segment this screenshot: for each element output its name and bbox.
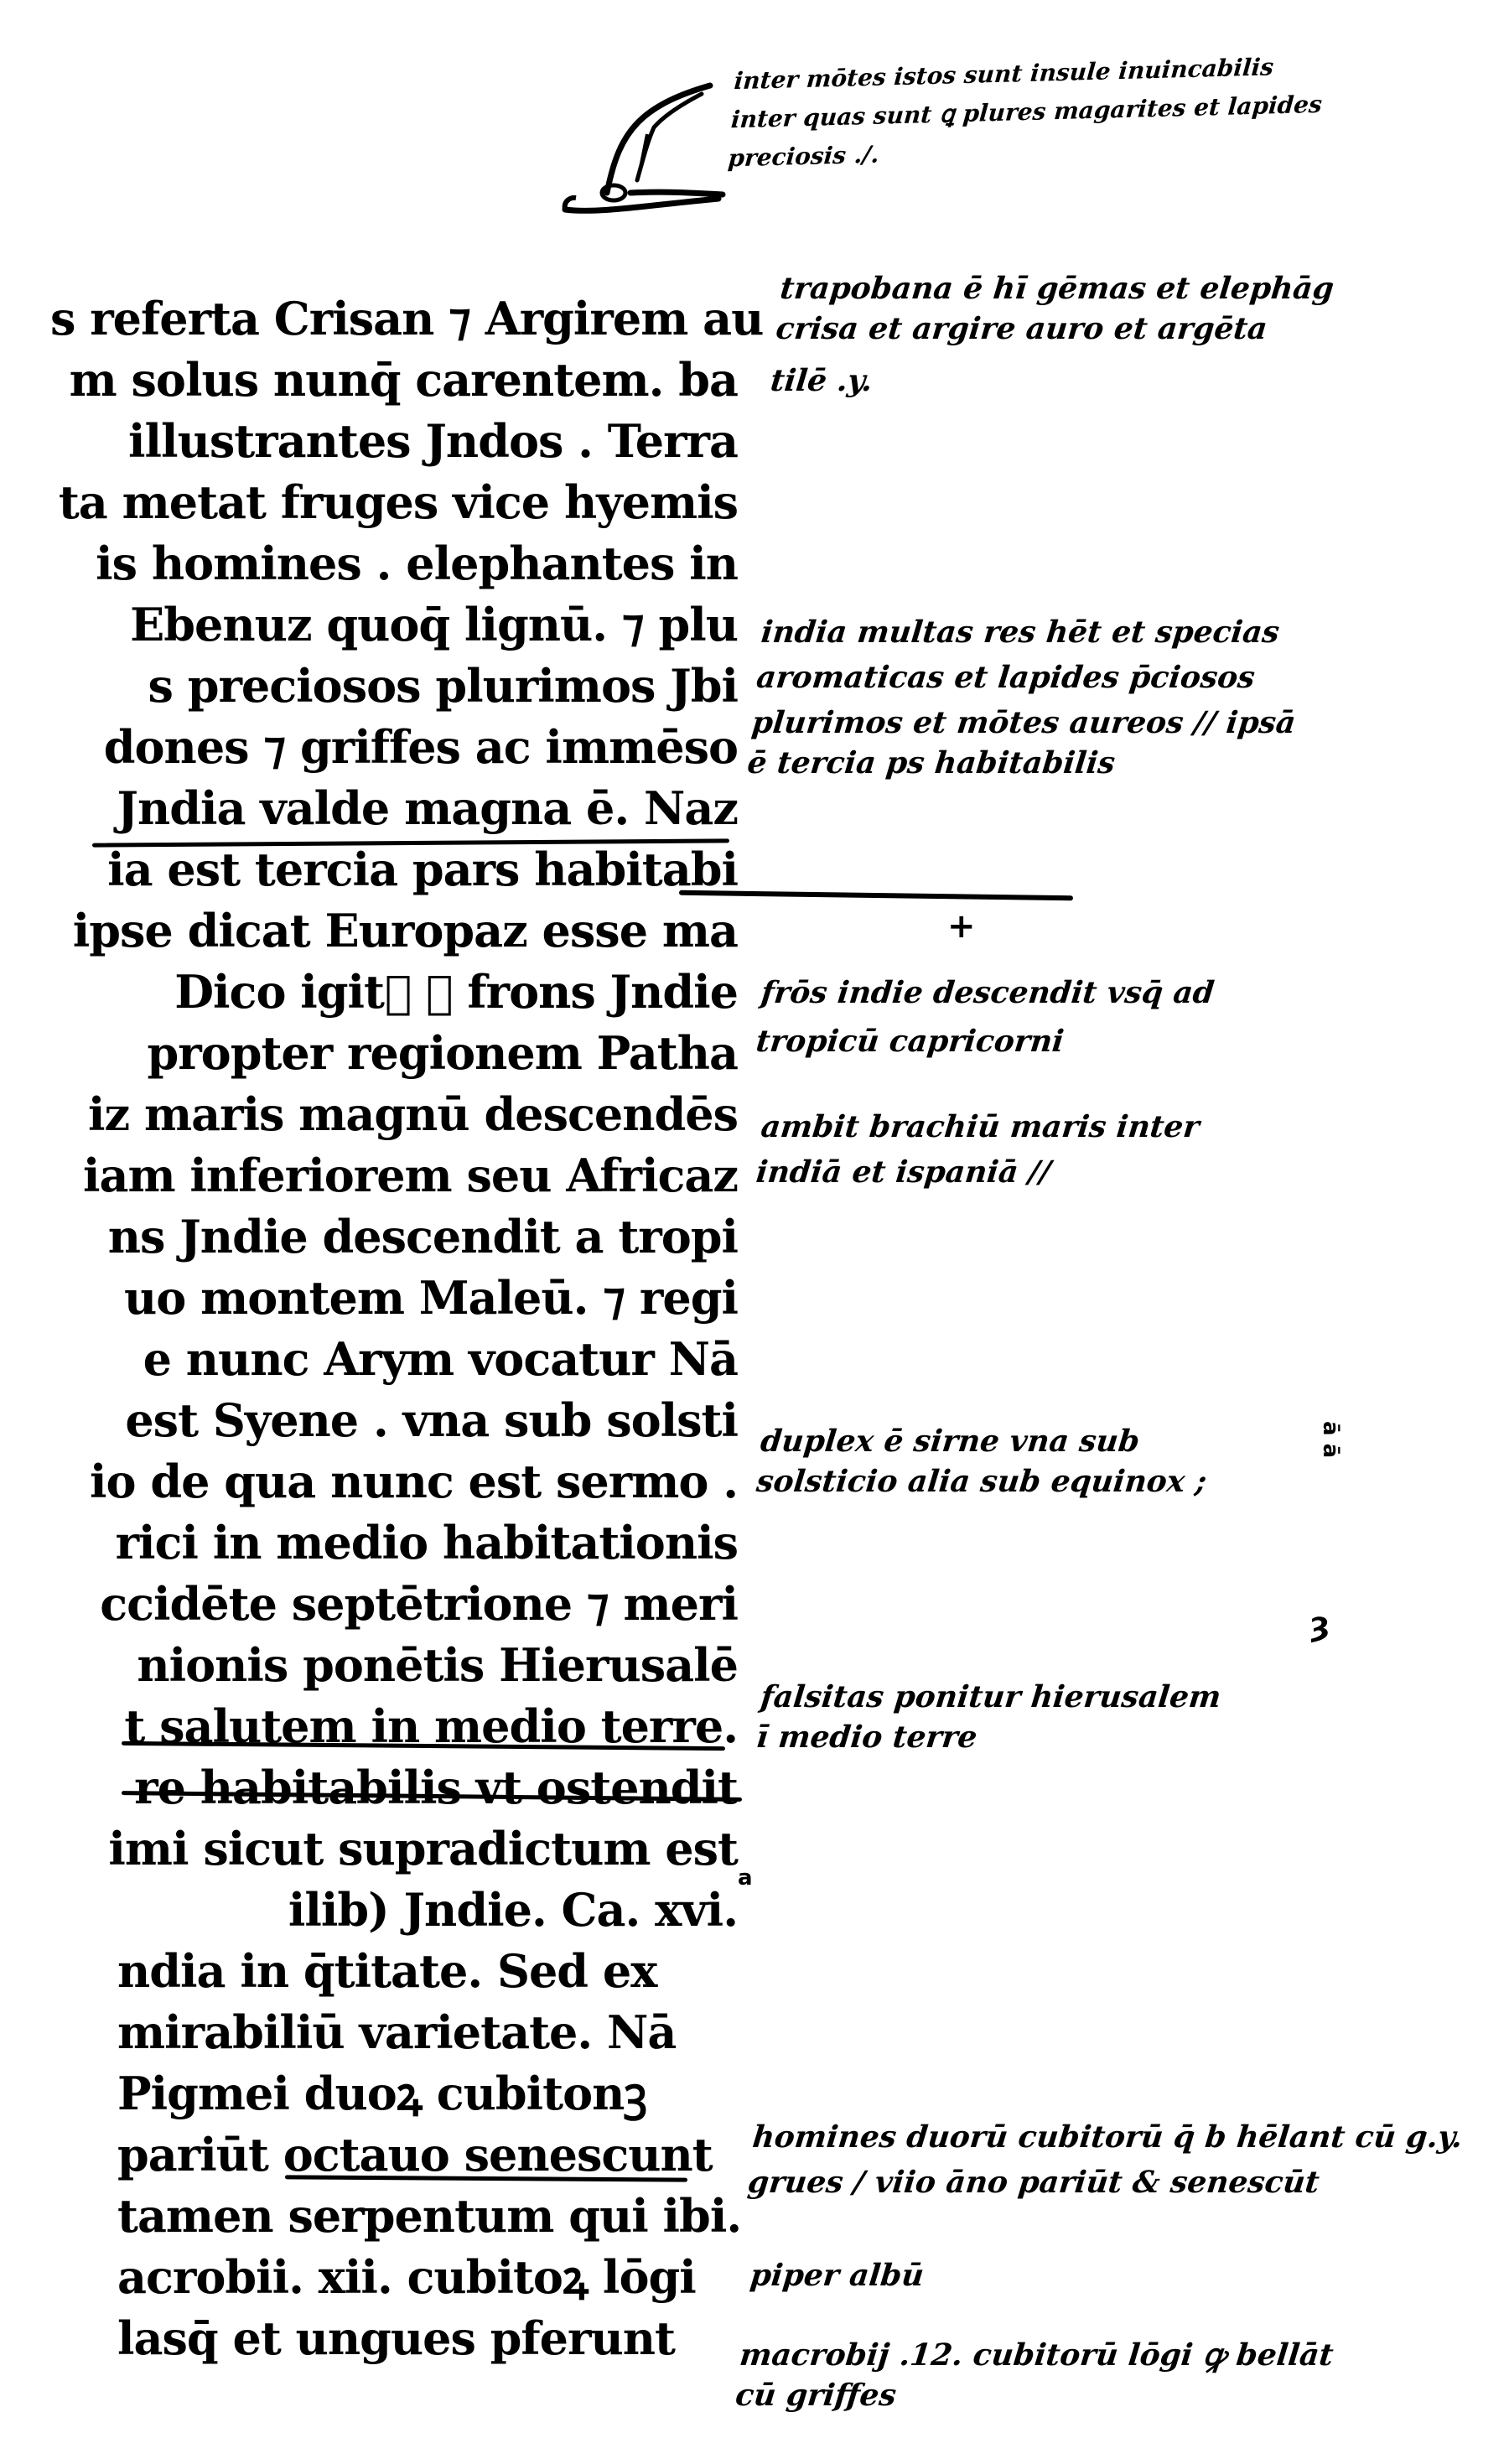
print-line: uo montem Maleū. ⁊ regi (50, 1268, 738, 1327)
underline-habitabi-extended (679, 890, 1073, 901)
margin-note-homines-pigmei: homines duorū cubitorū q̄ b hēlant cū g.… (746, 2117, 1465, 2202)
print-line: ns Jndie descendit a tropi (50, 1207, 738, 1266)
margin-note-trapobana: trapobana ē hī gēmas et elephāg crisa et… (769, 268, 1336, 401)
print-line: m solus nunq̄ carentem. ba (50, 350, 738, 409)
side-mark-2: ȝ (1309, 1605, 1330, 1644)
print-line: propter regionem Patha (50, 1024, 738, 1082)
print-line: s preciosos plurimos Jbi (50, 656, 738, 715)
note-line: india multas res hēt et specias (760, 612, 1308, 652)
print-line: tamen serpentum qui ibi. (50, 2186, 738, 2245)
note-line: ambit brachiū maris inter (759, 1107, 1201, 1147)
margin-note-duplex-siene: duplex ē sirne vna sub solsticio alia su… (754, 1421, 1213, 1502)
chapter-heading-line: ilib) Jndie. Ca. xvi. (50, 1880, 738, 1939)
print-line: illustrantes Jndos . Terra (50, 412, 738, 470)
manuscript-page: inter mōtes istos sunt insule inuincabil… (0, 0, 1509, 2464)
note-line: duplex ē sirne vna sub (759, 1421, 1213, 1461)
print-line: e nunc Arym vocatur Nā (50, 1330, 738, 1388)
margin-note-ambit-brachium: ambit brachiū maris inter indiā et ispan… (754, 1107, 1201, 1192)
side-mark-1: ā ā (1318, 1421, 1343, 1458)
note-line: trapobana ē hī gēmas et elephāg (778, 268, 1335, 309)
note-line: piper albū (748, 2255, 926, 2295)
note-line: frōs indie descendit vsq̄ ad (760, 973, 1216, 1013)
print-line: Jndia valde magna ē. Naz (50, 779, 738, 838)
margin-note-macrobij: macrobij .12. cubitorū lōgi ꝙ bellāt cū … (734, 2335, 1335, 2415)
print-line: ia est tercia pars habitabi (50, 840, 738, 899)
note-line: plurimos et mōtes aureos // ipsā (749, 703, 1298, 743)
note-line: ī medio terre (754, 1717, 1219, 1757)
print-line: est Syene . vna sub solsti (50, 1391, 738, 1450)
print-line: ipse dicat Europaz esse ma (50, 901, 738, 960)
print-line: Pigmei duoꝝ cubitonꝫ (50, 2064, 738, 2123)
margin-note-frons-indie: frōs indie descendit vsq̄ ad tropicū cap… (754, 973, 1216, 1061)
print-line: Dico igit᷑ ꝙ frons Jndie (50, 962, 738, 1021)
note-line: falsitas ponitur hierusalem (759, 1677, 1223, 1717)
note-line: solsticio alia sub equinox ; (754, 1461, 1209, 1502)
note-line: aromaticas et lapides p̄ciosos (754, 657, 1303, 698)
print-line: imi sicut supradictum est (50, 1819, 738, 1878)
print-line: Ebenuz quoq̄ lignū. ⁊ plu (50, 595, 738, 654)
pointing-hand-icon (555, 75, 731, 218)
note-line: indiā et ispaniā // (754, 1152, 1197, 1192)
margin-note-falsitas: falsitas ponitur hierusalem ī medio terr… (754, 1677, 1223, 1757)
print-line: rici in medio habitationis (50, 1513, 738, 1572)
top-marginal-note: inter mōtes istos sunt insule inuincabil… (727, 49, 1326, 176)
note-line: tilē .y. (769, 361, 1326, 401)
note-line: homines duorū cubitorū q̄ b hēlant cū g.… (750, 2117, 1465, 2157)
note-line: macrobij .12. cubitorū lōgi ꝙ bellāt (738, 2335, 1335, 2375)
bracket-mark: a (738, 1865, 753, 1891)
print-line: io de qua nunc est sermo . (50, 1452, 738, 1511)
note-line: cū griffes (734, 2375, 1331, 2415)
print-line: mirabiliū varietate. Nā (50, 2003, 738, 2062)
print-line: re habitabilis vt ostendit (50, 1758, 738, 1817)
note-line: ē tercia ps habitabilis (745, 743, 1294, 783)
print-line: iam inferiorem seu Africaz (50, 1146, 738, 1205)
margin-note-piper-album: piper albū (748, 2255, 926, 2295)
note-line: crisa et argire auro et argēta (774, 309, 1331, 349)
print-line: iz maris magnū descendēs (50, 1085, 738, 1144)
print-line: ndia in q̄titate. Sed ex (50, 1942, 738, 2000)
print-line: dones ⁊ griffes ac immēso (50, 718, 738, 776)
note-line: grues / viio āno pariūt & senescūt (746, 2162, 1460, 2202)
print-line: is homines . elephantes in (50, 534, 738, 593)
print-line: nionis ponētis Hierusalē (50, 1636, 738, 1694)
print-line: s referta Crisan ⁊ Argirem au (50, 289, 738, 348)
print-line: ta metat fruges vice hyemis (50, 473, 738, 532)
cross-mark: + (947, 907, 976, 946)
print-line: lasq̄ et ungues pferunt (50, 2309, 738, 2368)
note-line: tropicū capricorni (754, 1021, 1211, 1061)
margin-note-india-res: india multas res hēt et specias aromatic… (745, 612, 1307, 783)
print-line: ccidēte septētrione ⁊ meri (50, 1574, 738, 1633)
print-line: acrobii. xii. cubitoꝝ lōgi (50, 2248, 738, 2306)
